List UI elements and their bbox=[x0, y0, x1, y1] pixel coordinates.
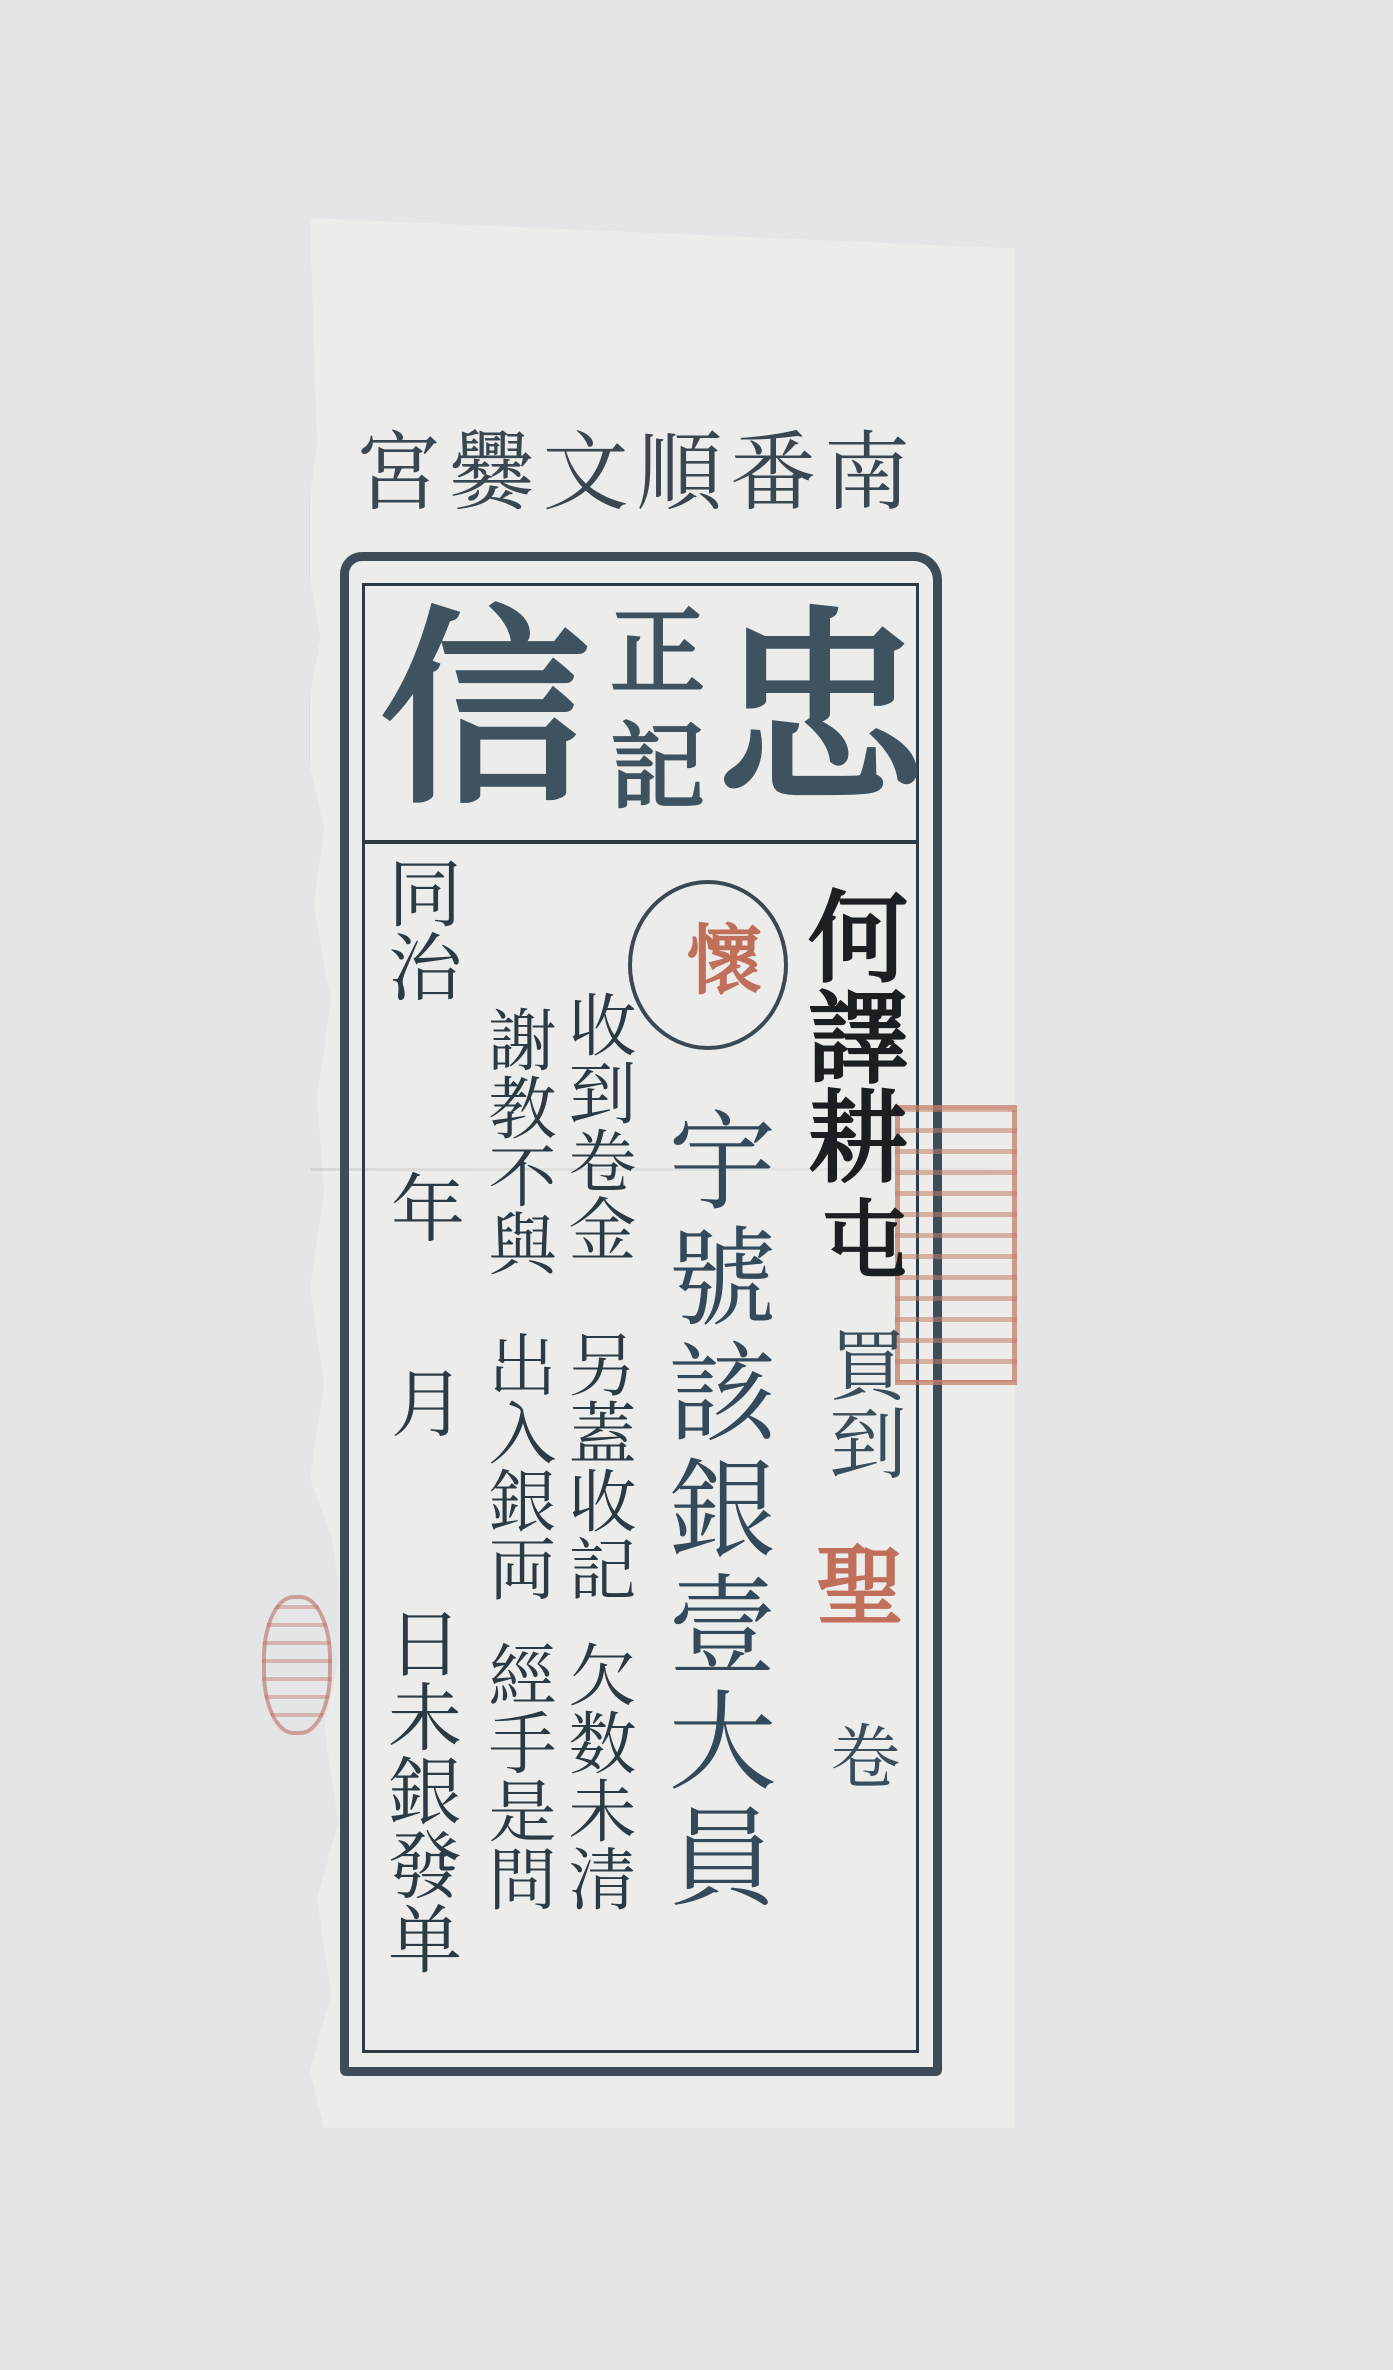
header-char: 宮 bbox=[355, 403, 441, 527]
date-month: 月 bbox=[385, 1365, 459, 1439]
note-col2-c: 經手是問 bbox=[482, 1640, 550, 1912]
title-divider bbox=[362, 840, 919, 844]
date-era: 同治 bbox=[382, 855, 456, 1003]
handwritten-name: 何譯耕 bbox=[800, 885, 900, 1185]
header-char: 順 bbox=[636, 403, 722, 527]
date-year: 年 bbox=[385, 1170, 459, 1244]
header-char: 番 bbox=[730, 403, 816, 527]
right-line-bottom: 卷 bbox=[825, 1720, 895, 1790]
paper-hole bbox=[278, 845, 302, 867]
title-char-zheng: 正 bbox=[610, 605, 705, 700]
header-char: 南 bbox=[824, 403, 910, 527]
right-line-top: 買到 bbox=[822, 1325, 900, 1481]
header-char: 文 bbox=[543, 403, 629, 527]
title-char-zhong: 忠 bbox=[715, 605, 925, 815]
note-col2-b: 出入銀両 bbox=[482, 1330, 550, 1602]
title-char-ji: 記 bbox=[610, 720, 705, 815]
header-char: 爨 bbox=[449, 403, 535, 527]
title-char-xin: 信 bbox=[380, 605, 590, 815]
header-shop-name: 宮 爨 文 順 番 南 bbox=[355, 405, 910, 525]
main-amount-line: 宇號該銀壹大員 bbox=[658, 1105, 766, 1917]
right-line-red-char: 聖 bbox=[810, 1540, 898, 1628]
red-seal-right bbox=[895, 1105, 1017, 1385]
note-col1-a: 收到卷金 bbox=[562, 990, 630, 1262]
paper-hole bbox=[282, 818, 302, 836]
circled-seal-char: 懷 bbox=[680, 920, 756, 996]
red-seal-left bbox=[262, 1595, 332, 1735]
note-col1-b: 另蓋收記 bbox=[562, 1330, 630, 1602]
date-day-and-note: 日未銀發单 bbox=[382, 1605, 456, 1975]
note-col2-a: 謝教不與 bbox=[482, 1005, 550, 1277]
note-col1-c: 欠数未清 bbox=[562, 1640, 630, 1912]
handwritten-extra: 屯 bbox=[815, 1195, 900, 1280]
paper-hole bbox=[290, 800, 304, 816]
